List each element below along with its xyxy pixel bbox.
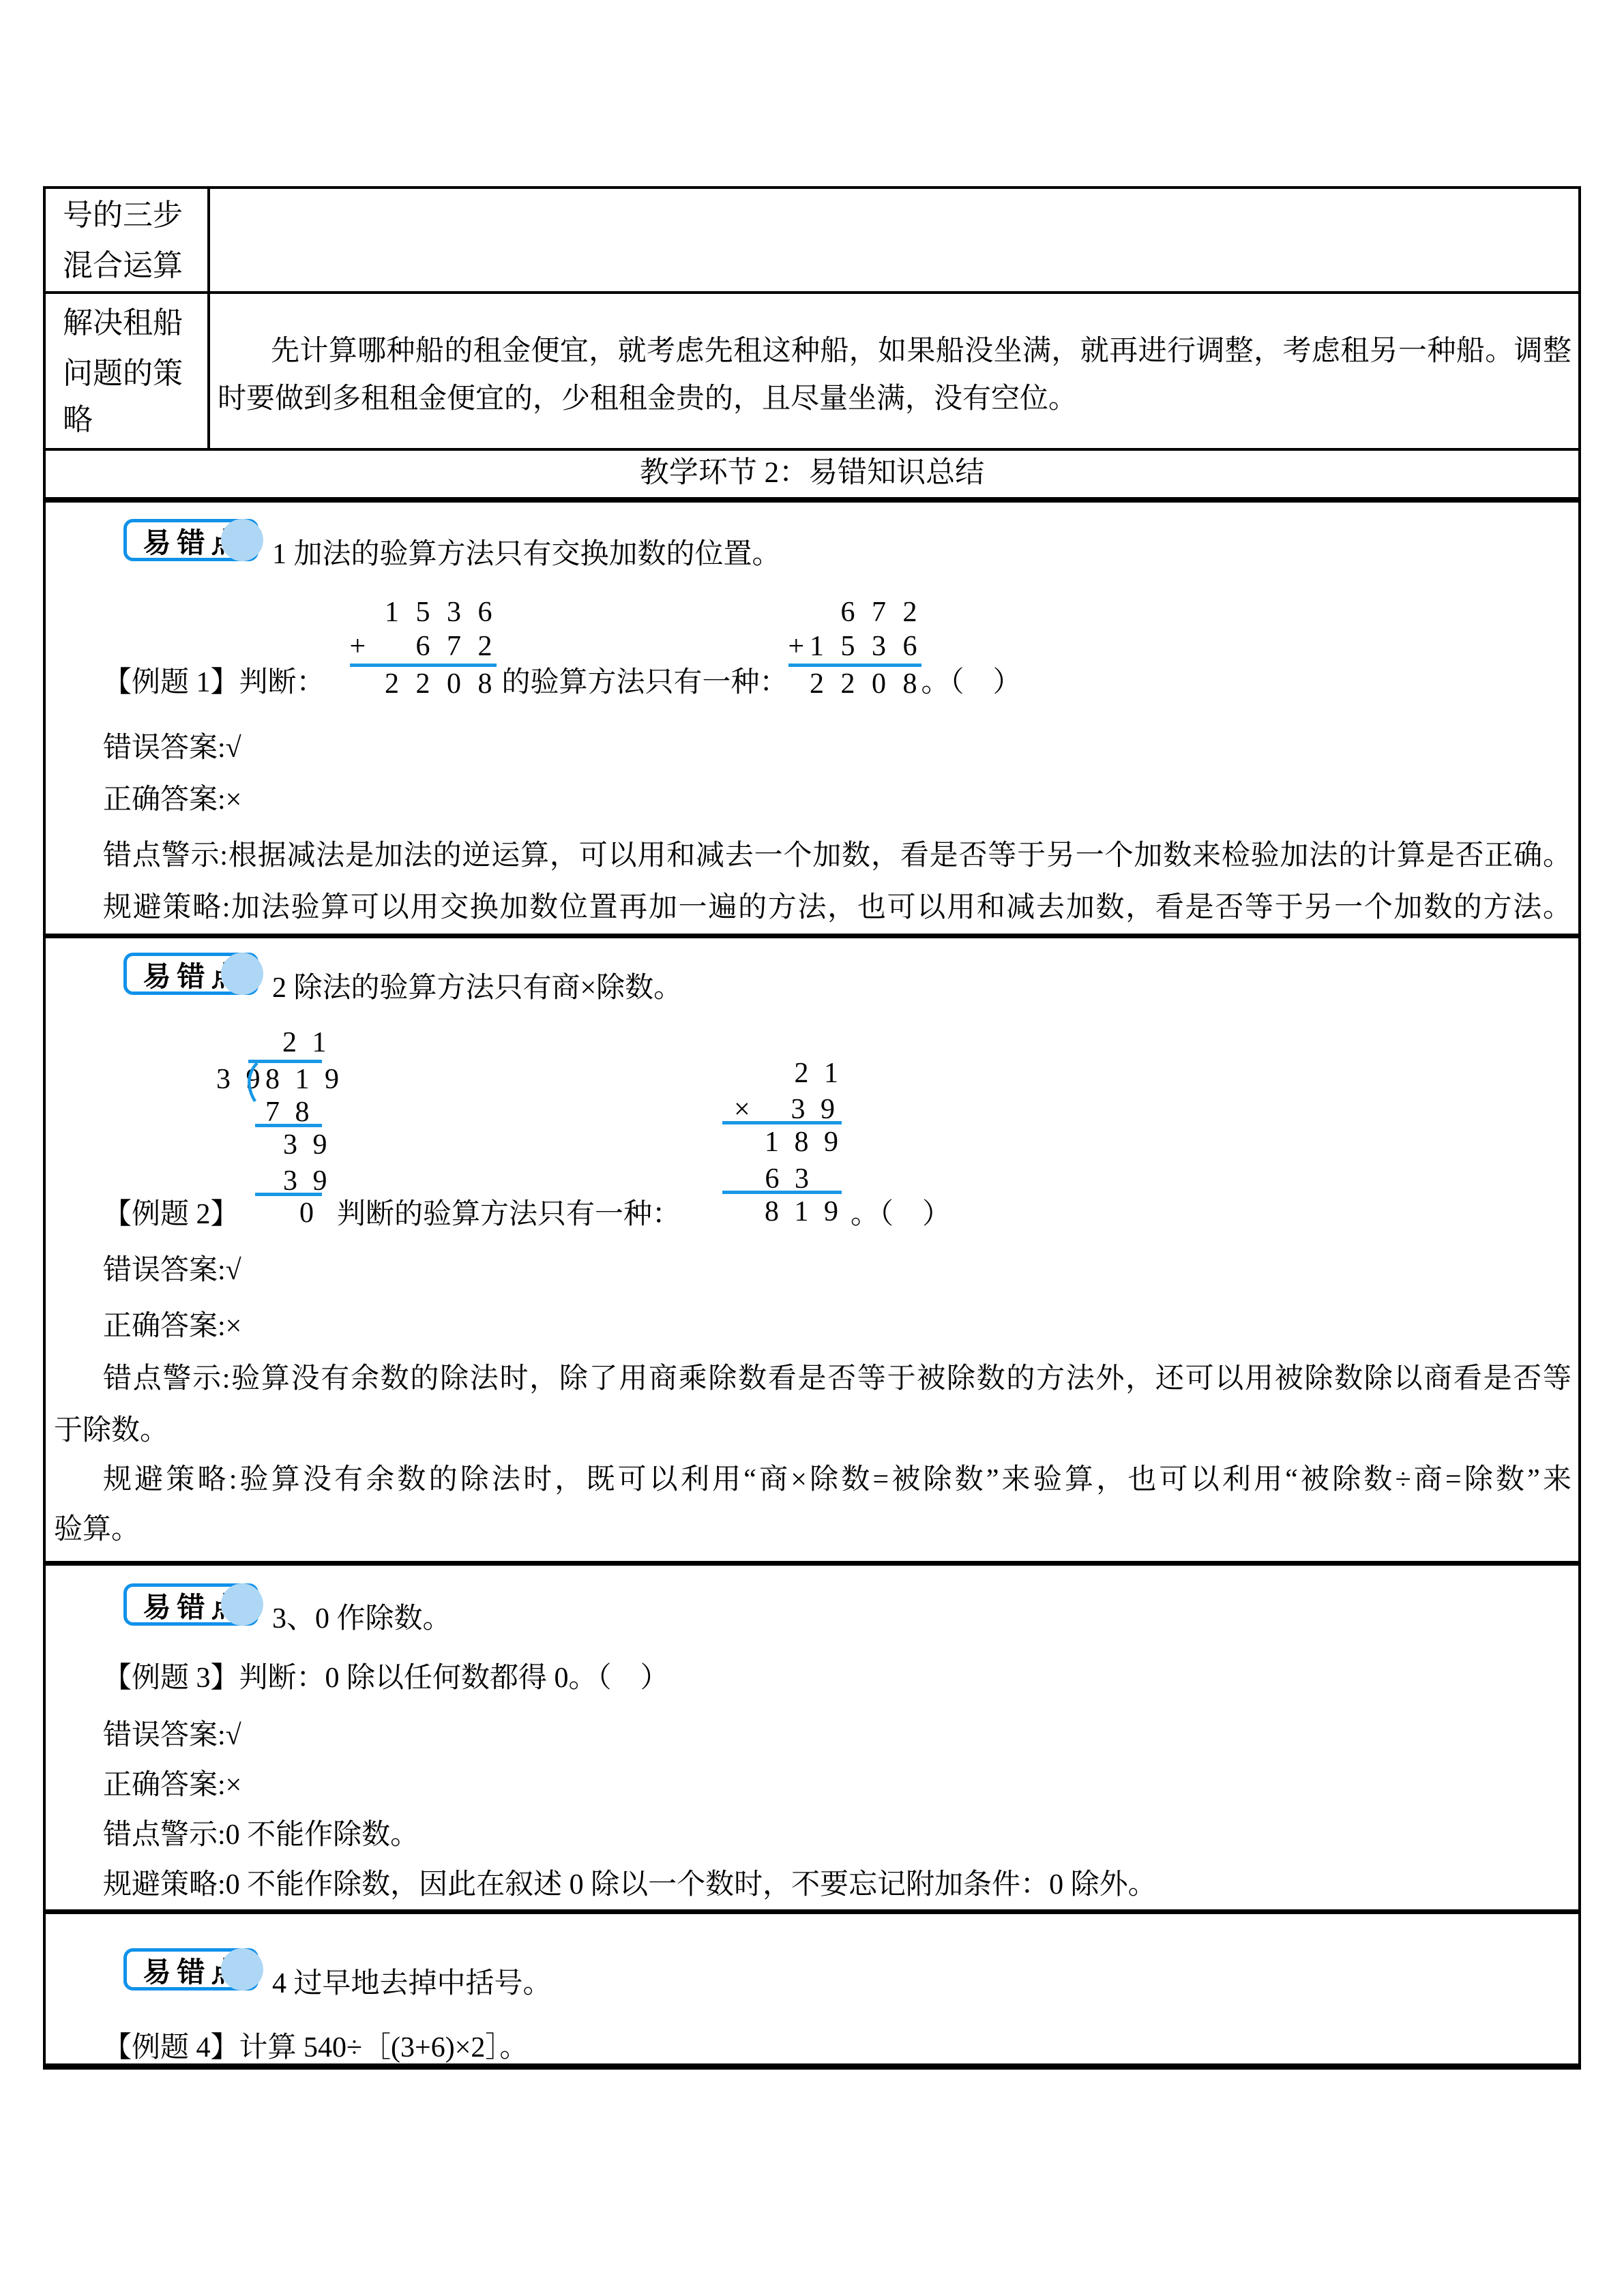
factor2: 3 9	[791, 1094, 836, 1124]
s1-example-row: 【例题 1】判断： 1 5 3 6 +6 7 2 2 2 0 8 的验算方法只有…	[103, 595, 1022, 700]
s3-example: 【例题 3】判断：0 除以任何数都得 0。（ ）	[103, 1660, 669, 1696]
addend2: 1 5 3 6	[810, 629, 921, 664]
section-border	[46, 1909, 1578, 1914]
multiplication-rule-line	[722, 1121, 842, 1124]
s1-example-suffix: 。（ ）	[921, 666, 1022, 700]
plus-sign: +	[350, 629, 366, 664]
division-step: 7 8	[265, 1097, 310, 1127]
s1-example-mid: 的验算方法只有一种：	[502, 666, 788, 700]
s1-example-prefix: 【例题 1】判断：	[103, 666, 325, 700]
column-divider	[207, 189, 210, 448]
s3-caption: 3、0 作除数。	[272, 1601, 452, 1637]
row-border	[46, 291, 1578, 294]
row2-left-line1: 解决租船	[63, 306, 183, 340]
s2-example-mid: 判断的验算方法只有一种：	[337, 1197, 681, 1232]
s2-strategy-line2: 验算。	[54, 1512, 140, 1547]
s2-warning-line1: 错点警示:验算没有余数的除法时，除了用商乘除数看是否等于被除数的方法外，还可以用…	[103, 1361, 1571, 1397]
error-point-badge-circle-icon	[221, 953, 263, 995]
s1-strategy: 规避策略:加法验算可以用交换加数位置再加一遍的方法，也可以用和减去加数，看是否等…	[103, 890, 1571, 925]
s4-caption: 4 过早地去掉中括号。	[272, 1966, 552, 2001]
section-border	[46, 497, 1578, 503]
row2-right-line1: 先计算哪种船的租金便宜，就考虑先租这种船，如果船没坐满，就再进行调整，考虑租另一…	[271, 333, 1571, 369]
addition-column-right: 6 7 2 +1 5 3 6 2 2 0 8	[788, 595, 921, 700]
s2-caption: 2 除法的验算方法只有商×除数。	[272, 970, 682, 1006]
s2-warning-line2: 于除数。	[54, 1413, 168, 1448]
s2-correct-answer: 正确答案:×	[103, 1309, 241, 1344]
division-rule-line	[255, 1124, 322, 1127]
division-step: 3 9	[283, 1130, 327, 1160]
row2-right-line2: 时要做到多租租金便宜的，少租租金贵的，且尽量坐满，没有空位。	[218, 381, 1077, 417]
partial-product: 1 8 9	[765, 1127, 838, 1157]
s3-correct-answer: 正确答案:×	[103, 1768, 241, 1803]
plus-sign: +	[788, 629, 805, 664]
product: 8 1 9	[765, 1197, 838, 1227]
multiplication-column: 2 1 × 3 9 1 8 9 6 3 8 1 9	[692, 1058, 842, 1227]
s1-wrong-answer: 错误答案:√	[103, 730, 241, 766]
s1-warning: 错点警示:根据减法是加法的逆运算，可以用和减去一个加数，看是否等于另一个加数来检…	[103, 838, 1571, 874]
addition-column-left: 1 5 3 6 +6 7 2 2 2 0 8	[350, 595, 497, 700]
dividend: 8 1 9	[265, 1064, 339, 1094]
multiply-sign: ×	[734, 1094, 750, 1124]
division-vinculum-line	[248, 1060, 322, 1063]
partial-product: 6 3	[765, 1164, 810, 1194]
error-point-badge-circle-icon	[221, 519, 263, 561]
row2-left-line3: 略	[63, 403, 93, 437]
s2-wrong-answer: 错误答案:√	[103, 1253, 241, 1288]
s3-warning: 错点警示:0 不能作除数。	[103, 1817, 419, 1853]
factor1: 2 1	[795, 1058, 839, 1088]
section-border	[46, 1561, 1578, 1566]
remainder: 0	[299, 1198, 314, 1228]
division-step: 3 9	[283, 1166, 327, 1196]
addend2: 6 7 2	[416, 629, 497, 664]
row2-left-line2: 问题的策	[63, 357, 183, 391]
s2-example-suffix: 。（ ）	[851, 1197, 951, 1232]
quotient: 2 1	[282, 1028, 327, 1058]
s3-strategy: 规避策略:0 不能作除数，因此在叙述 0 除以一个数时，不要忘记附加条件：0 除…	[103, 1867, 1157, 1903]
addend1: 1 5 3 6	[350, 595, 497, 629]
division-bracket-icon	[243, 1062, 259, 1102]
s4-example: 【例题 4】计算 540÷［(3+6)×2］。	[103, 2030, 528, 2066]
s3-wrong-answer: 错误答案:√	[103, 1718, 241, 1753]
s1-correct-answer: 正确答案:×	[103, 782, 241, 818]
sum: 2 2 0 8	[788, 664, 921, 700]
addend1: 6 7 2	[788, 595, 921, 629]
sum: 2 2 0 8	[350, 664, 497, 700]
error-point-badge-circle-icon	[221, 1583, 263, 1626]
row1-left-line1: 号的三步	[63, 198, 183, 233]
division-rule-line	[255, 1193, 322, 1196]
s2-strategy-line1: 规避策略:验算没有余数的除法时，既可以利用“商×除数=被除数”来验算，也可以利用…	[103, 1462, 1571, 1497]
error-point-badge-circle-icon	[221, 1948, 263, 1991]
row1-left-line2: 混合运算	[63, 249, 183, 283]
multiplication-rule-line	[722, 1191, 842, 1194]
document-table: 号的三步 混合运算 解决租船 问题的策 略 先计算哪种船的租金便宜，就考虑先租这…	[43, 186, 1581, 2070]
section-title: 教学环节 2：易错知识总结	[46, 448, 1578, 497]
section-border	[46, 934, 1578, 938]
s2-example-prefix: 【例题 2】	[103, 1197, 239, 1232]
s1-caption: 1 加法的验算方法只有交换加数的位置。	[272, 537, 781, 572]
